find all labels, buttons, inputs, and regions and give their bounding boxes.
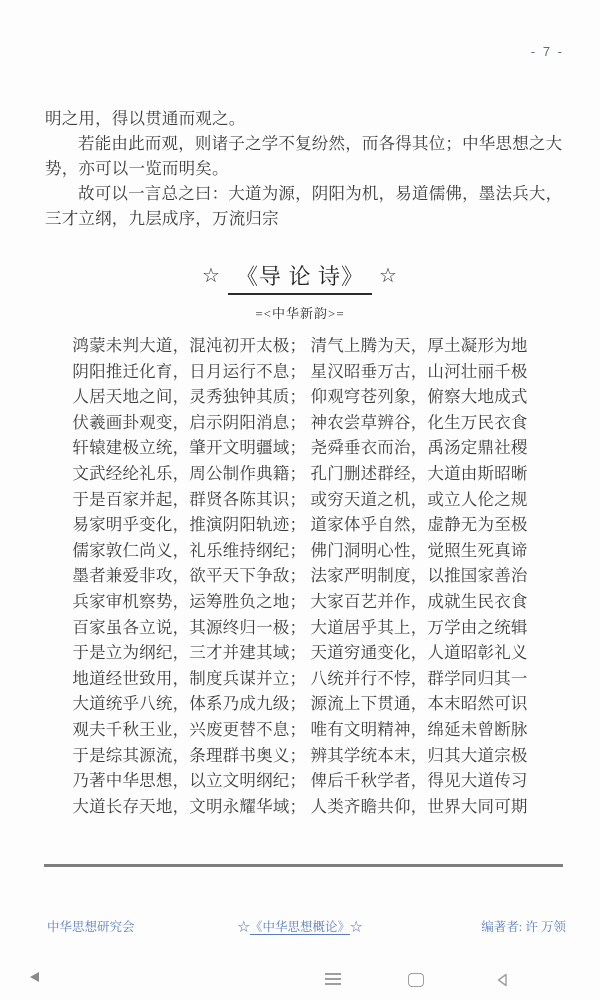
star-icon: ☆ (202, 265, 221, 287)
intro-paragraph: 明之用，得以贯通而观之。 (45, 106, 575, 131)
home-icon[interactable] (408, 973, 424, 987)
page-back-icon[interactable] (30, 972, 39, 982)
poem-line: 人居天地之间，灵秀独钟其质； 仰观穹苍列象，俯察大地成式 (0, 384, 600, 410)
poem-line: 儒家敦仁尚义，礼乐维持纲纪； 佛门洞明心性，觉照生死真谛 (0, 538, 600, 564)
text-line: 势，亦可以一览而明矣。 (45, 156, 575, 181)
page-number: - 7 - (531, 44, 564, 59)
footer-book-title: ☆《中华思想概论》☆ (237, 917, 362, 935)
book-title-link[interactable]: 《中华思想概论》 (250, 920, 350, 934)
poem-line: 于是立为纲纪，三才并建其域； 天道穷通变化，人道昭彰礼义 (0, 640, 600, 666)
reader-screen: - 7 - 明之用，得以贯通而观之。 若能由此而观，则诸子之学不复纷然，而各得其… (0, 0, 600, 1000)
poem-line: 于是综其源流，条理群书奥义； 辨其学统本末，归其大道宗极 (0, 743, 600, 769)
poem-line: 文武经纶礼乐，周公制作典籍； 孔门删述群经，大道由斯昭晰 (0, 461, 600, 487)
menu-bar (325, 973, 341, 975)
poem-line: 伏羲画卦观变，启示阴阳消息； 神农尝草辨谷，化生万民衣食 (0, 410, 600, 436)
poem-line: 大道统乎八统，体系乃成九级； 源流上下贯通，本末昭然可识 (0, 691, 600, 717)
intro-paragraph: 故可以一言总之曰：大道为源，阴阳为机，易道儒佛，墨法兵大，三才立纲，九层成序，万… (45, 181, 575, 231)
menu-bar (325, 978, 341, 980)
poem-line: 观夫千秋王业，兴废更替不息； 唯有文明精神，绵延未曾断脉 (0, 717, 600, 743)
poem-line: 百家虽各立说，其源终归一极； 大道居乎其上，万学由之统辑 (0, 615, 600, 641)
poem-title-text: 《导 论 诗》 (228, 264, 372, 295)
menu-bar (325, 983, 341, 985)
text-line: 故可以一言总之曰：大道为源，阴阳为机，易道儒佛，墨法兵大， (45, 181, 575, 206)
poem-line: 大道长存天地，文明永耀华域； 人类齐瞻共仰，世界大同可期 (0, 794, 600, 820)
star-icon: ☆ (237, 920, 250, 934)
back-icon[interactable] (495, 972, 511, 988)
text-line: 三才立纲，九层成序，万流归宗 (45, 206, 575, 231)
poem-line: 兵家审机察势，运筹胜负之地； 大家百艺并作，成就生民衣食 (0, 589, 600, 615)
footer-author: 编著者: 许 万领 (481, 917, 566, 935)
poem-line: 于是百家并起，群贤各陈其识； 或穷天道之机，或立人伦之规 (0, 487, 600, 513)
poem-subtitle: =<中华新韵>= (0, 303, 600, 322)
poem-line: 阴阳推迁化育，日月运行不息； 星汉昭垂万古，山河壮丽千极 (0, 359, 600, 385)
page-footer: 中华思想研究会 ☆《中华思想概论》☆ 编著者: 许 万领 (0, 917, 600, 935)
system-navbar (0, 960, 600, 1000)
poem-line: 墨者兼爱非攻，欲平天下争敌； 法家严明制度，以推国家善治 (0, 563, 600, 589)
poem-line: 乃著中华思想，以立文明纲纪； 俾后千秋学者，得见大道传习 (0, 768, 600, 794)
poem-title: ☆《导 论 诗》☆ (0, 260, 600, 291)
footer-organization: 中华思想研究会 (47, 917, 135, 935)
footer-divider (44, 864, 563, 867)
poem-line: 地道经世致用，制度兵谋并立； 八统并行不悖，群学同归其一 (0, 666, 600, 692)
intro-section: 明之用，得以贯通而观之。 若能由此而观，则诸子之学不复纷然，而各得其位；中华思想… (45, 106, 575, 231)
text-line: 明之用，得以贯通而观之。 (45, 106, 575, 131)
text-line: 若能由此而观，则诸子之学不复纷然，而各得其位；中华思想之大 (45, 131, 575, 156)
poem-line: 鸿蒙未判大道，混沌初开太极； 清气上腾为天，厚土凝形为地 (0, 333, 600, 359)
star-icon: ☆ (350, 920, 363, 934)
star-icon: ☆ (379, 265, 398, 287)
poem-line: 易家明乎变化，推演阴阳轨迹； 道家体乎自然，虚静无为至极 (0, 512, 600, 538)
intro-paragraph: 若能由此而观，则诸子之学不复纷然，而各得其位；中华思想之大势，亦可以一览而明矣。 (45, 131, 575, 181)
menu-icon[interactable] (325, 973, 341, 989)
poem-body: 鸿蒙未判大道，混沌初开太极； 清气上腾为天，厚土凝形为地阴阳推迁化育，日月运行不… (0, 333, 600, 819)
poem-line: 轩辕建极立统，肇开文明疆域； 尧舜垂衣而治，禹汤定鼎社稷 (0, 435, 600, 461)
